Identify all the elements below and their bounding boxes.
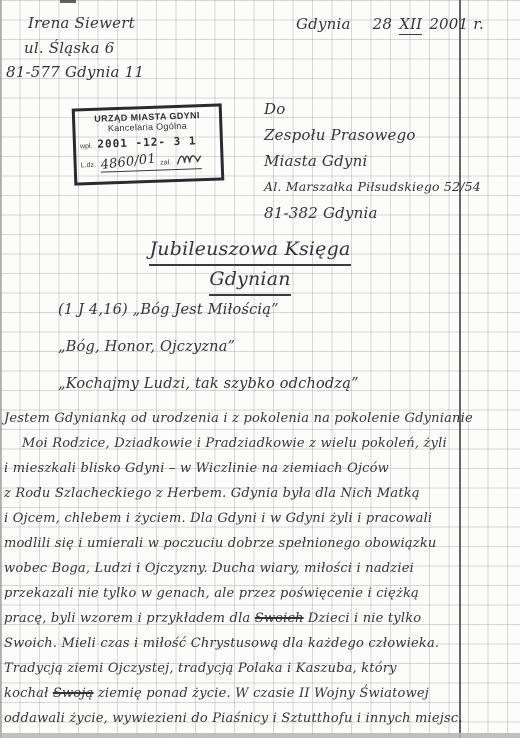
quote-line: „Kochajmy Ludzi, tak szybko odchodzą”	[58, 373, 359, 396]
sender-name: Irena Siewert	[6, 11, 144, 36]
recipient-line: Zespołu Prasowego	[264, 122, 481, 148]
letter-title: Jubileuszowa Księga Gdynian	[110, 236, 390, 296]
scan-artifact-mark	[60, 0, 76, 3]
dateline: Gdynia 28 XII 2001 r.	[296, 15, 484, 35]
letter-title-line2: Gdynian	[209, 266, 290, 296]
recipient-address-block: DoZespołu PrasowegoMiasta GdyniAl. Marsz…	[264, 96, 481, 226]
body-line: pracę, byli wzorem i przykładem dla Swoi…	[4, 606, 474, 631]
body-line: i mieszkali blisko Gdyni – w Wiczlinie n…	[4, 456, 474, 481]
recipient-line: Do	[264, 96, 481, 122]
dateline-city: Gdynia	[296, 15, 351, 35]
body-line: Moi Rodzice, Dziadkowie i Pradziadkowie …	[4, 431, 474, 456]
body-text: Jestem Gdynianką od urodzenia i z pokole…	[4, 406, 474, 731]
quote-line: (1 J 4,16) „Bóg Jest Miłością”	[58, 299, 359, 322]
body-line: Tradycją ziemi Ojczystej, tradycją Polak…	[4, 656, 474, 681]
body-line: przekazali nie tylko w genach, ale przez…	[4, 581, 474, 606]
body-line: oddawali życie, wywiezieni do Piaśnicy i…	[4, 706, 474, 731]
quotes: (1 J 4,16) „Bóg Jest Miłością”„Bóg, Hono…	[58, 299, 359, 410]
body-line: kochał Swoją ziemię ponad życie. W czasi…	[4, 681, 474, 706]
body-line: modlili się i umierali w poczuciu dobrze…	[4, 531, 474, 556]
quote-line: „Bóg, Honor, Ojczyzna”	[58, 336, 359, 359]
scan-edge-bottom	[0, 733, 520, 738]
sender-city: 81-577 Gdynia 11	[6, 60, 144, 85]
dateline-year: 2001 r.	[429, 15, 484, 35]
stamp-attachments-label: zał.	[160, 159, 171, 166]
body-line: Jestem Gdynianką od urodzenia i z pokole…	[4, 406, 474, 431]
scanned-letter-page: Irena Siewert ul. Śląska 6 81-577 Gdynia…	[0, 0, 520, 738]
letter-title-line1: Jubileuszowa Księga	[149, 236, 350, 266]
sender-street: ul. Śląska 6	[6, 36, 144, 61]
recipient-line: 81-382 Gdynia	[264, 200, 481, 226]
body-line: wobec Boga, Ludzi i Ojczyzny. Ducha wiar…	[4, 556, 474, 581]
recipient-line: Al. Marszałka Piłsudskiego 52/54	[264, 174, 481, 200]
stamp-ref-number: 4860/01	[100, 151, 157, 173]
office-received-stamp: URZĄD MIASTA GDYNI Kancelaria Ogólna wpł…	[72, 103, 225, 185]
stamp-received-label: wpł.	[80, 143, 93, 150]
dateline-day: 28	[373, 15, 393, 35]
body-line: i Ojcem, chlebem i życiem. Dla Gdyni i w…	[4, 506, 474, 531]
dateline-month: XII	[399, 15, 422, 35]
signature-scribble-icon	[175, 150, 202, 170]
body-line: z Rodu Szlacheckiego z Herbem. Gdynia by…	[4, 481, 474, 506]
body-line: Swoich. Mieli czas i miłość Chrystusową …	[4, 631, 474, 656]
sender-address-block: Irena Siewert ul. Śląska 6 81-577 Gdynia…	[6, 11, 144, 85]
stamp-ref-label: L.dz.	[81, 162, 96, 170]
scan-edge-left	[0, 0, 2, 738]
recipient-line: Miasta Gdyni	[264, 148, 481, 174]
